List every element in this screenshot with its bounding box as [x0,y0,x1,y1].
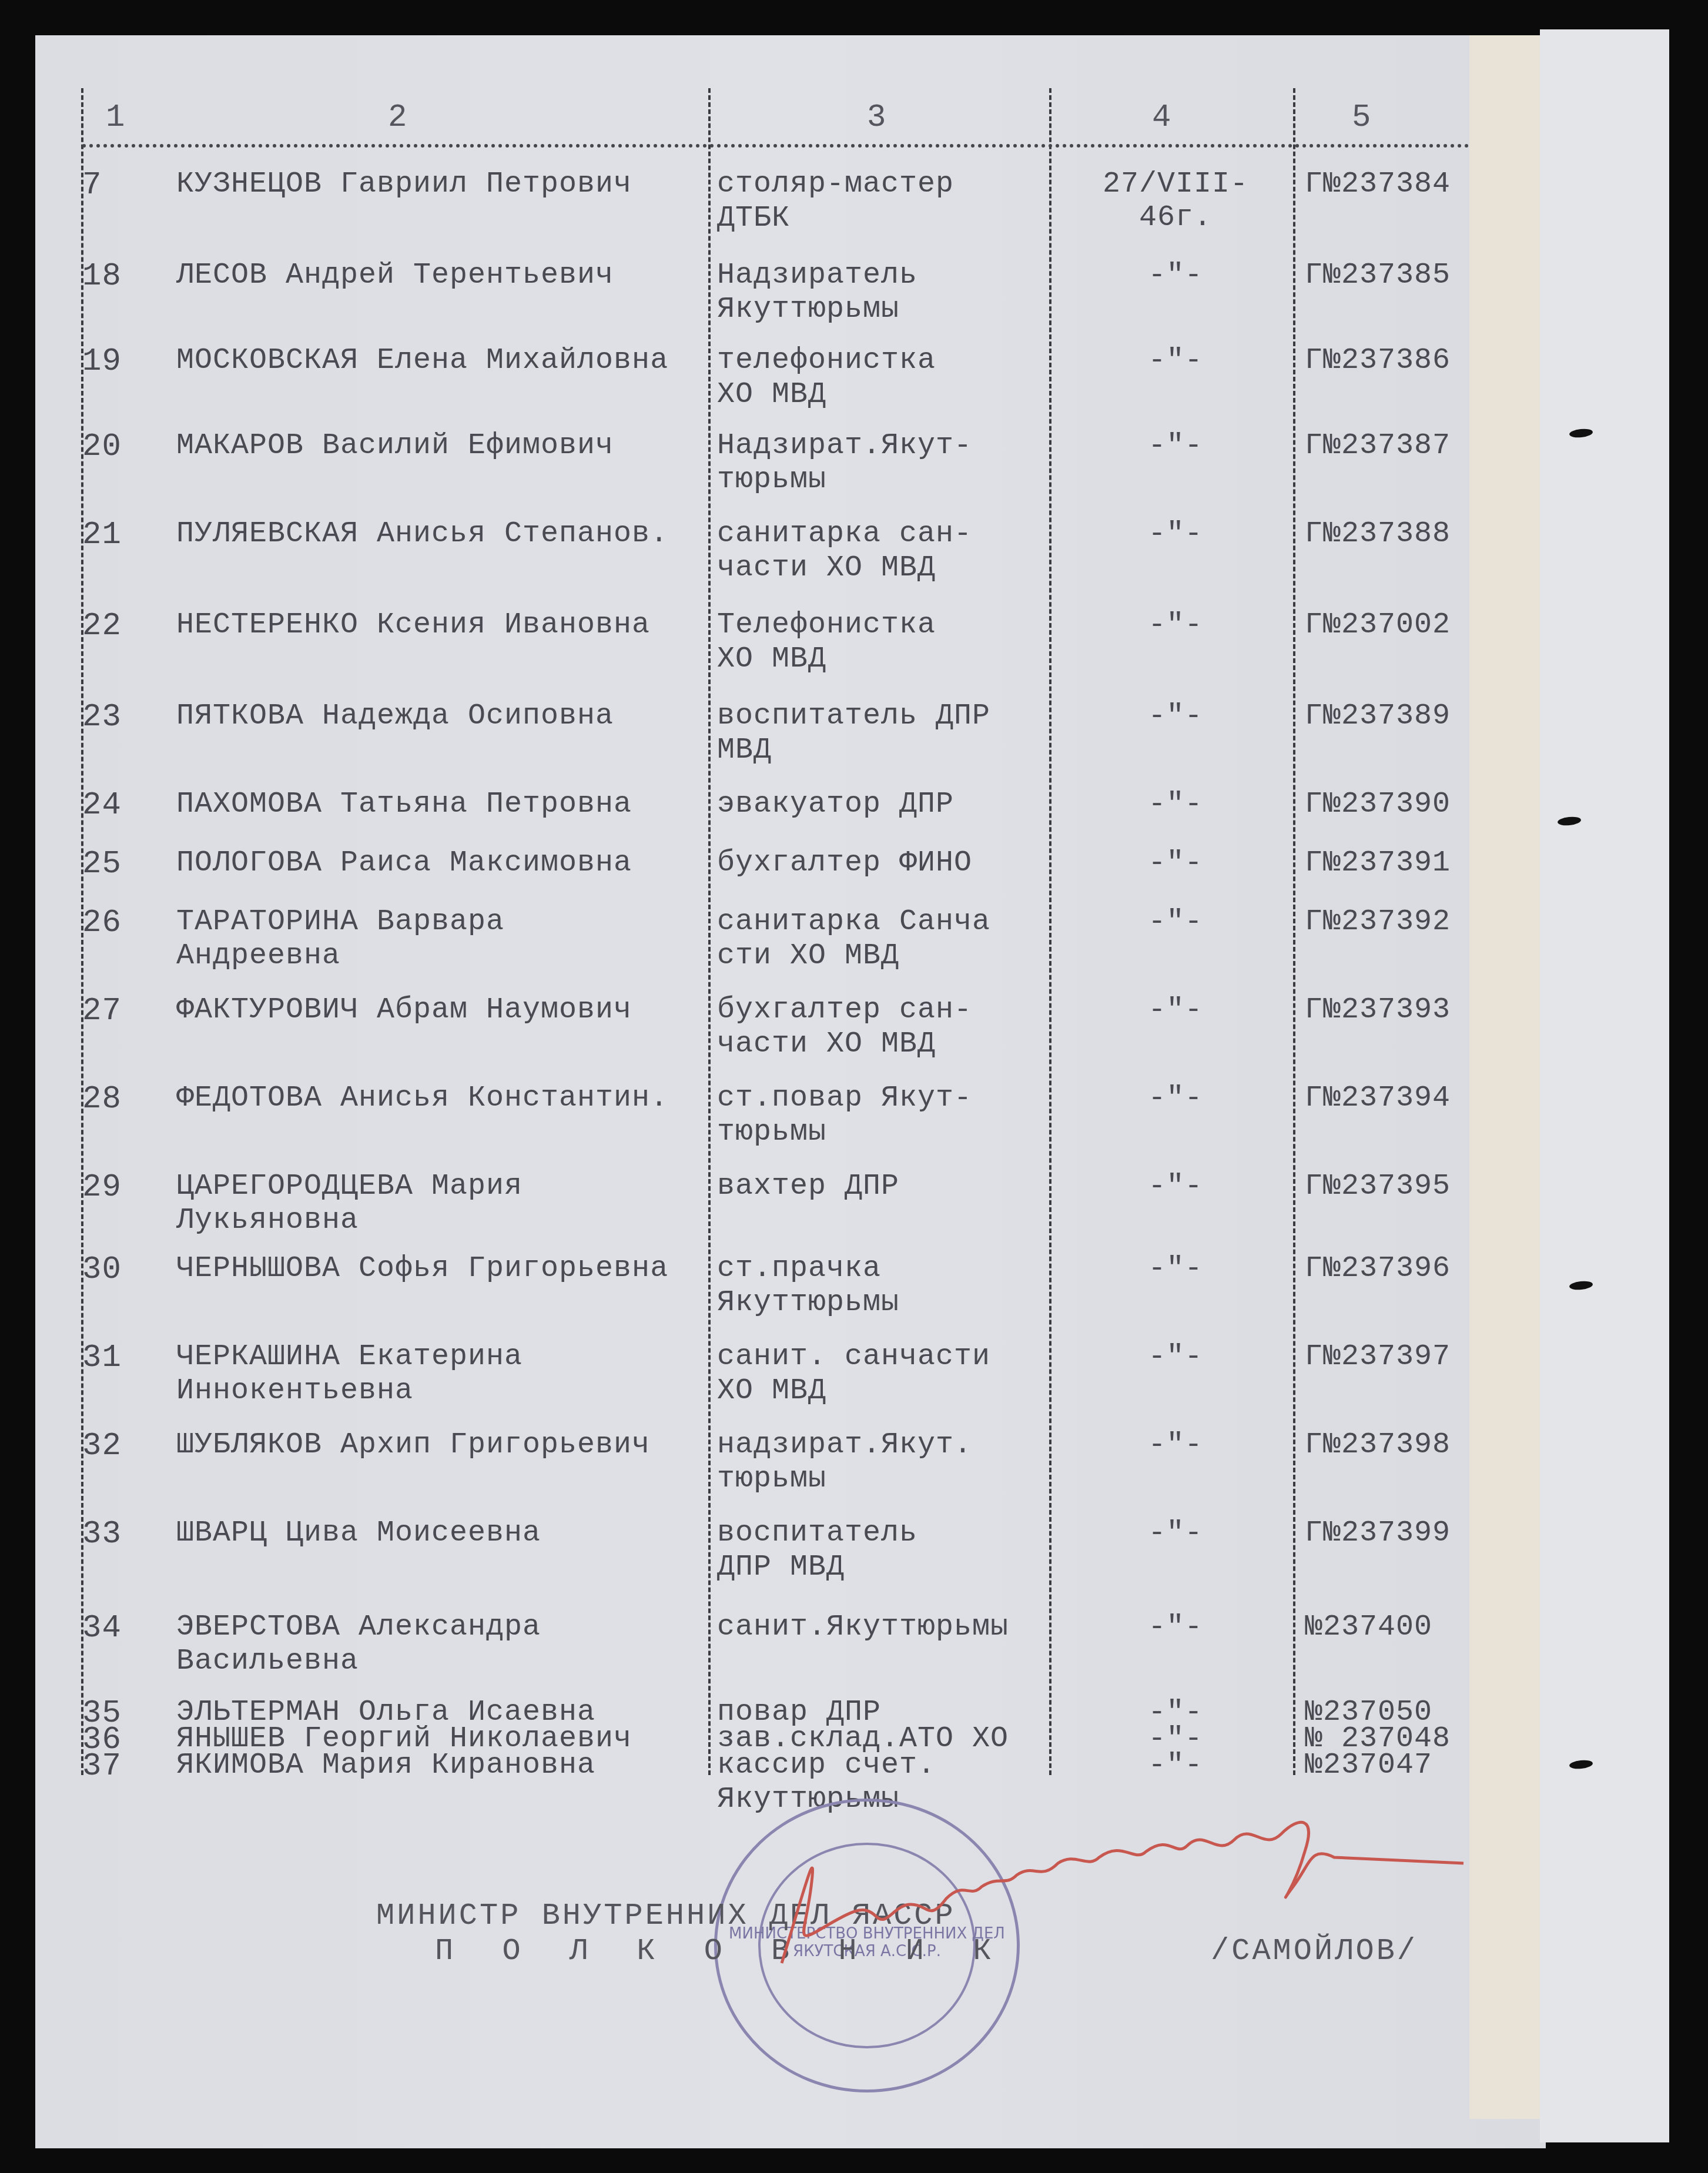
employee-position: телефонистка ХО МВД [717,344,1023,412]
issue-date: 27/VIII-46г. [1076,168,1275,235]
punch-hole [1569,428,1593,438]
certificate-number: Г№237384 [1305,168,1475,201]
employee-name: КУЗНЕЦОВ Гавриил Петрович [176,168,705,202]
employee-position: бухгалтер ФИНО [717,846,1023,880]
certificate-number: Г№237387 [1305,429,1475,463]
row-number: 23 [82,699,118,735]
row-number: 7 [82,168,118,203]
row-number: 29 [82,1170,118,1206]
employee-name: ПОЛОГОВА Раиса Максимовна [176,846,705,880]
row-number: 24 [82,788,118,823]
employee-position: ст.прачка Якуттюрьмы [717,1252,1023,1320]
employee-name: ЭВЕРСТОВА Александра Васильевна [176,1611,705,1679]
employee-position: ст.повар Якут- тюрьмы [717,1082,1023,1150]
column-divider [708,88,711,1775]
issue-date: -"- [1076,259,1275,292]
issue-date: -"- [1076,1170,1275,1203]
certificate-number: №237400 [1305,1611,1475,1644]
column-divider [1049,88,1051,1775]
column-header-2: 2 [388,100,407,136]
issue-date: -"- [1076,1082,1275,1115]
employee-name: ФЕДОТОВА Анисья Константин. [176,1082,705,1116]
employee-name: МАКАРОВ Василий Ефимович [176,429,705,463]
row-number: 32 [82,1428,118,1464]
column-divider [1293,88,1295,1775]
row-number: 33 [82,1516,118,1552]
punch-hole [1557,816,1581,826]
row-number: 21 [82,517,118,553]
employee-name: НЕСТЕРЕНКО Ксения Ивановна [176,608,705,642]
issue-date: -"- [1076,699,1275,733]
issue-date: -"- [1076,1428,1275,1462]
row-number: 31 [82,1340,118,1376]
column-header-3: 3 [867,100,886,136]
row-number: 26 [82,905,118,941]
back-sheet [1540,29,1669,2142]
employee-position: эвакуатор ДПР [717,788,1023,822]
employee-position: надзират.Якут. тюрьмы [717,1428,1023,1496]
row-number: 27 [82,993,118,1029]
employee-position: бухгалтер сан- части ХО МВД [717,993,1023,1062]
certificate-number: Г№237386 [1305,344,1475,377]
certificate-number: Г№237396 [1305,1252,1475,1285]
column-header-4: 4 [1152,100,1171,136]
punch-hole [1569,1280,1593,1291]
certificate-number: Г№237393 [1305,993,1475,1027]
certificate-number: Г№237399 [1305,1516,1475,1550]
issue-date: -"- [1076,1340,1275,1374]
employee-name: ЧЕРКАШИНА Екатерина Иннокентьевна [176,1340,705,1408]
row-number: 28 [82,1082,118,1117]
issue-date: -"- [1076,429,1275,463]
issue-date: -"- [1076,1749,1275,1782]
certificate-number: Г№237385 [1305,259,1475,292]
certificate-number: №237047 [1305,1749,1475,1782]
row-number: 19 [82,344,118,380]
row-number: 25 [82,846,118,882]
employee-name: ЛЕСОВ Андрей Терентьевич [176,259,705,293]
row-number: 37 [82,1749,118,1784]
issue-date: -"- [1076,905,1275,939]
certificate-number: Г№237390 [1305,788,1475,821]
employee-name: ПЯТКОВА Надежда Осиповна [176,699,705,734]
employee-position: санит.Якуттюрьмы [717,1611,1023,1645]
issue-date: -"- [1076,608,1275,642]
employee-name: ШВАРЦ Цива Моисеевна [176,1516,705,1551]
punch-hole [1569,1759,1593,1770]
certificate-number: Г№237394 [1305,1082,1475,1115]
employee-position: воспитатель ДПР МВД [717,699,1023,768]
certificate-number: Г№237398 [1305,1428,1475,1462]
employee-name: МОСКОВСКАЯ Елена Михайловна [176,344,705,378]
certificate-number: Г№237391 [1305,846,1475,880]
column-header-5: 5 [1352,100,1371,136]
issue-date: -"- [1076,1516,1275,1550]
employee-position: вахтер ДПР [717,1170,1023,1204]
row-number: 30 [82,1252,118,1288]
employee-name: ПУЛЯЕВСКАЯ Анисья Степанов. [176,517,705,551]
column-header-1: 1 [106,100,125,136]
employee-position: столяр-мастер ДТБК [717,168,1023,236]
certificate-number: Г№237002 [1305,608,1475,642]
handwritten-signature [770,1816,1475,1993]
issue-date: -"- [1076,788,1275,821]
employee-position: Телефонистка ХО МВД [717,608,1023,677]
issue-date: -"- [1076,846,1275,880]
employee-position: Надзират.Якут- тюрьмы [717,429,1023,497]
employee-name: ТАРАТОРИНА Варвара Андреевна [176,905,705,973]
issue-date: -"- [1076,517,1275,551]
row-number: 34 [82,1611,118,1646]
row-number: 20 [82,429,118,465]
employee-position: воспитатель ДПР МВД [717,1516,1023,1585]
certificate-number: Г№237389 [1305,699,1475,733]
certificate-number: Г№237397 [1305,1340,1475,1374]
employee-name: ФАКТУРОВИЧ Абрам Наумович [176,993,705,1027]
employee-name: ШУБЛЯКОВ Архип Григорьевич [176,1428,705,1462]
issue-date: -"- [1076,344,1275,377]
certificate-number: Г№237388 [1305,517,1475,551]
employee-name: ЦАРЕГОРОДЦЕВА Мария Лукьяновна [176,1170,705,1238]
employee-name: ЧЕРНЫШОВА Софья Григорьевна [176,1252,705,1286]
issue-date: -"- [1076,993,1275,1027]
issue-date: -"- [1076,1252,1275,1285]
issue-date: -"- [1076,1611,1275,1644]
employee-name: ПАХОМОВА Татьяна Петровна [176,788,705,822]
certificate-number: Г№237392 [1305,905,1475,939]
employee-position: санитарка Санча сти ХО МВД [717,905,1023,973]
employee-position: санитарка сан- части ХО МВД [717,517,1023,585]
employee-position: санит. санчасти ХО МВД [717,1340,1023,1408]
header-rule [82,144,1469,148]
employee-position: Надзиратель Якуттюрьмы [717,259,1023,327]
certificate-number: Г№237395 [1305,1170,1475,1203]
binding-strip [1469,35,1541,2119]
row-number: 18 [82,259,118,294]
employee-name: ЯКИМОВА Мария Кирановна [176,1749,705,1783]
row-number: 22 [82,608,118,644]
